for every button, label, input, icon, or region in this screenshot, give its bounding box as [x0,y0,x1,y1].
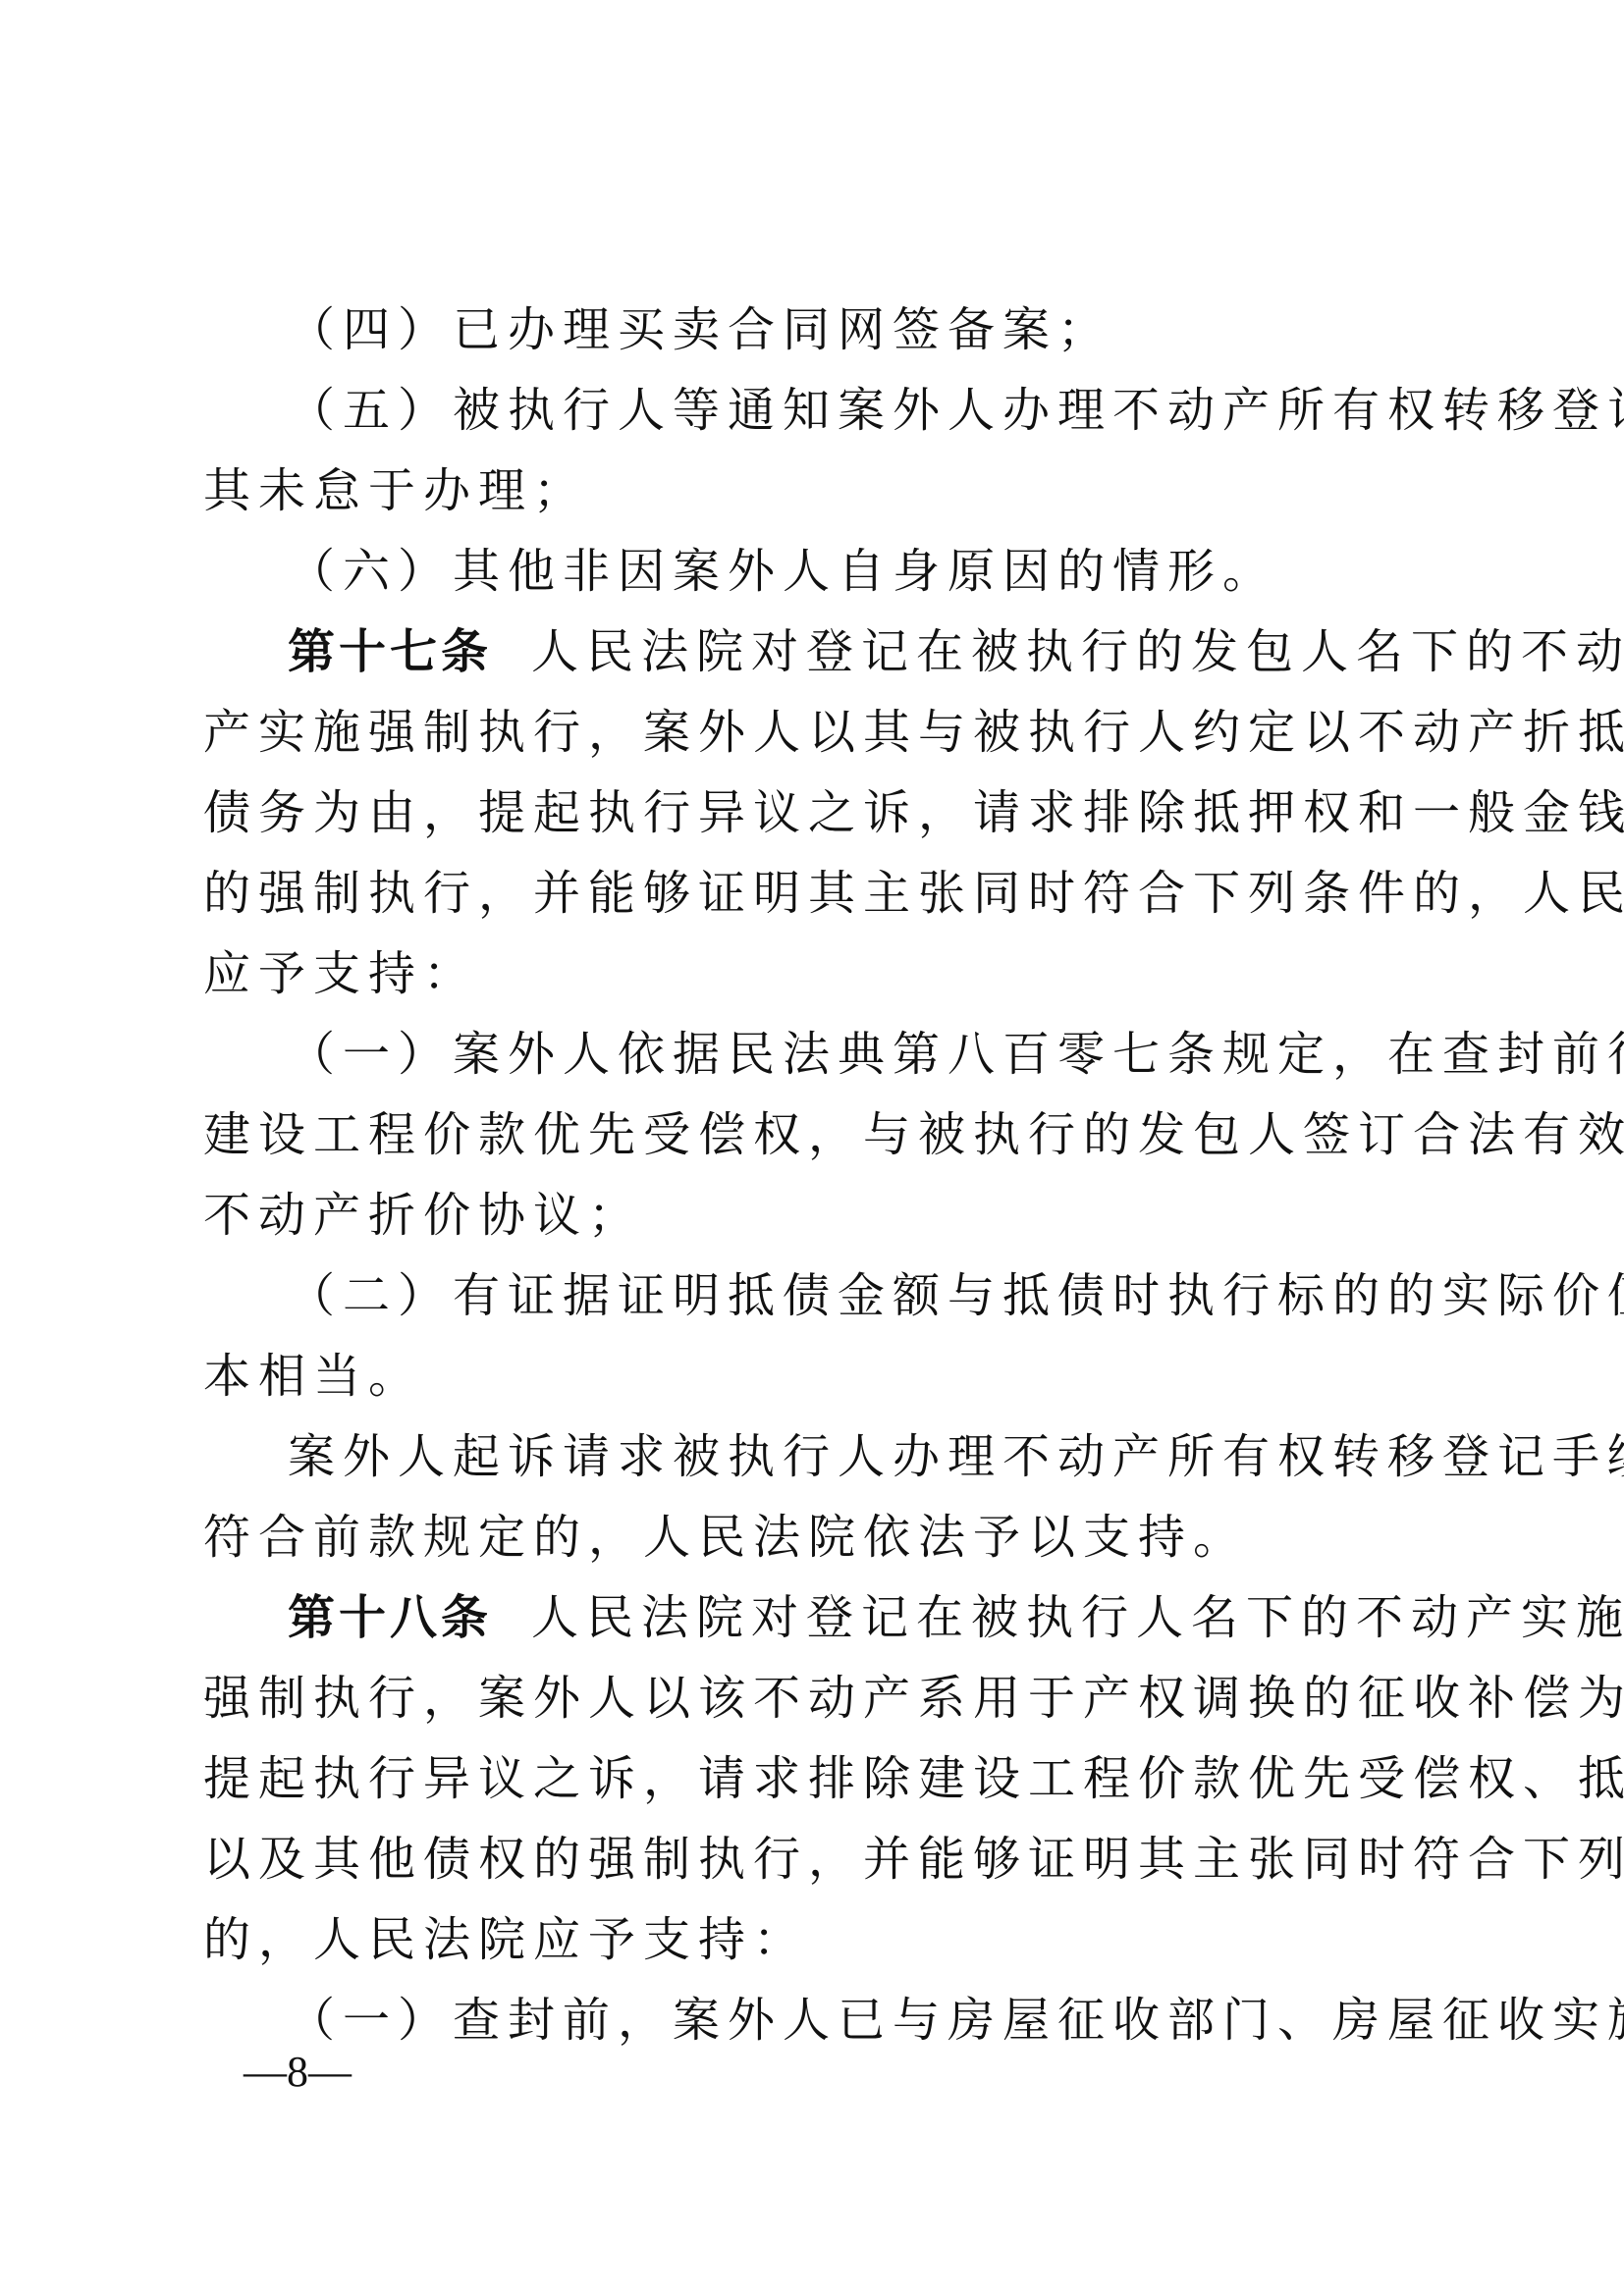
line-text: 强制执行，案外人以该不动产系用于产权调换的征收补偿为由， [203,1671,1624,1726]
document-body: （四）已办理买卖合同网签备案； （五）被执行人等通知案外人办理不动产所有权转移登… [203,302,1421,2073]
article-18-heading: 第十八条 [288,1590,492,1645]
line-text: 以及其他债权的强制执行，并能够证明其主张同时符合下列条件 [203,1832,1624,1887]
paragraph-line: 符合前款规定的，人民法院依法予以支持。 [203,1510,1421,1590]
line-text: 符合前款规定的，人民法院依法予以支持。 [203,1510,1248,1565]
paragraph-line: 的，人民法院应予支持： [203,1912,1421,1993]
paragraph-line: 应予支持： [203,946,1421,1027]
line-text: 不动产折价协议； [203,1188,643,1243]
paragraph-line: 建设工程价款优先受偿权，与被执行的发包人签订合法有效的以 [203,1107,1421,1188]
paragraph-line: （五）被执行人等通知案外人办理不动产所有权转移登记而 [203,383,1421,463]
document-page: （四）已办理买卖合同网签备案； （五）被执行人等通知案外人办理不动产所有权转移登… [0,0,1624,2296]
paragraph-line: 其未怠于办理； [203,463,1421,544]
line-text: （五）被执行人等通知案外人办理不动产所有权转移登记而 [288,383,1624,438]
line-text: 的强制执行，并能够证明其主张同时符合下列条件的，人民法院 [203,866,1624,921]
line-text: （二）有证据证明抵债金额与抵债时执行标的的实际价值基 [288,1268,1624,1323]
line-text: 应予支持： [203,946,478,1001]
paragraph-line: 提起执行异议之诉，请求排除建设工程价款优先受偿权、抵押权 [203,1751,1421,1832]
line-text: 的，人民法院应予支持： [203,1912,808,1967]
paragraph-line: （六）其他非因案外人自身原因的情形。 [203,544,1421,624]
paragraph-line: 强制执行，案外人以该不动产系用于产权调换的征收补偿为由， [203,1671,1421,1751]
paragraph-line: 本相当。 [203,1349,1421,1429]
article-17-heading: 第十七条 [288,624,492,679]
article-heading-line: 第十七条人民法院对登记在被执行的发包人名下的不动 [203,624,1421,705]
paragraph-line: （四）已办理买卖合同网签备案； [203,302,1421,383]
line-text: 其未怠于办理； [203,463,588,518]
paragraph-line: 债务为由，提起执行异议之诉，请求排除抵押权和一般金钱债权 [203,785,1421,866]
line-text: （四）已办理买卖合同网签备案； [288,302,1112,357]
line-text: 债务为由，提起执行异议之诉，请求排除抵押权和一般金钱债权 [203,785,1624,840]
paragraph-line: 的强制执行，并能够证明其主张同时符合下列条件的，人民法院 [203,866,1421,946]
paragraph-line: 不动产折价协议； [203,1188,1421,1268]
article-heading-line: 第十八条人民法院对登记在被执行人名下的不动产实施 [203,1590,1421,1671]
line-text: 人民法院对登记在被执行人名下的不动产实施 [531,1590,1624,1645]
paragraph-line: （二）有证据证明抵债金额与抵债时执行标的的实际价值基 [203,1268,1421,1349]
page-number: —8— [244,2048,352,2097]
line-text: （一）查封前，案外人已与房屋征收部门、房屋征收实施单 [288,1993,1624,2048]
line-text: 提起执行异议之诉，请求排除建设工程价款优先受偿权、抵押权 [203,1751,1624,1806]
line-text: （六）其他非因案外人自身原因的情形。 [288,544,1277,599]
line-text: 案外人起诉请求被执行人办理不动产所有权转移登记手续， [288,1429,1624,1484]
line-text: 建设工程价款优先受偿权，与被执行的发包人签订合法有效的以 [203,1107,1624,1162]
paragraph-line: 以及其他债权的强制执行，并能够证明其主张同时符合下列条件 [203,1832,1421,1912]
paragraph-line: 产实施强制执行，案外人以其与被执行人约定以不动产折抵工程 [203,705,1421,785]
line-text: 产实施强制执行，案外人以其与被执行人约定以不动产折抵工程 [203,705,1624,760]
paragraph-line: （一）案外人依据民法典第八百零七条规定，在查封前行使 [203,1027,1421,1107]
paragraph-line: （一）查封前，案外人已与房屋征收部门、房屋征收实施单 [203,1993,1421,2073]
line-text: （一）案外人依据民法典第八百零七条规定，在查封前行使 [288,1027,1624,1082]
line-text: 本相当。 [203,1349,423,1404]
line-text: 人民法院对登记在被执行的发包人名下的不动 [531,624,1624,679]
paragraph-line: 案外人起诉请求被执行人办理不动产所有权转移登记手续， [203,1429,1421,1510]
